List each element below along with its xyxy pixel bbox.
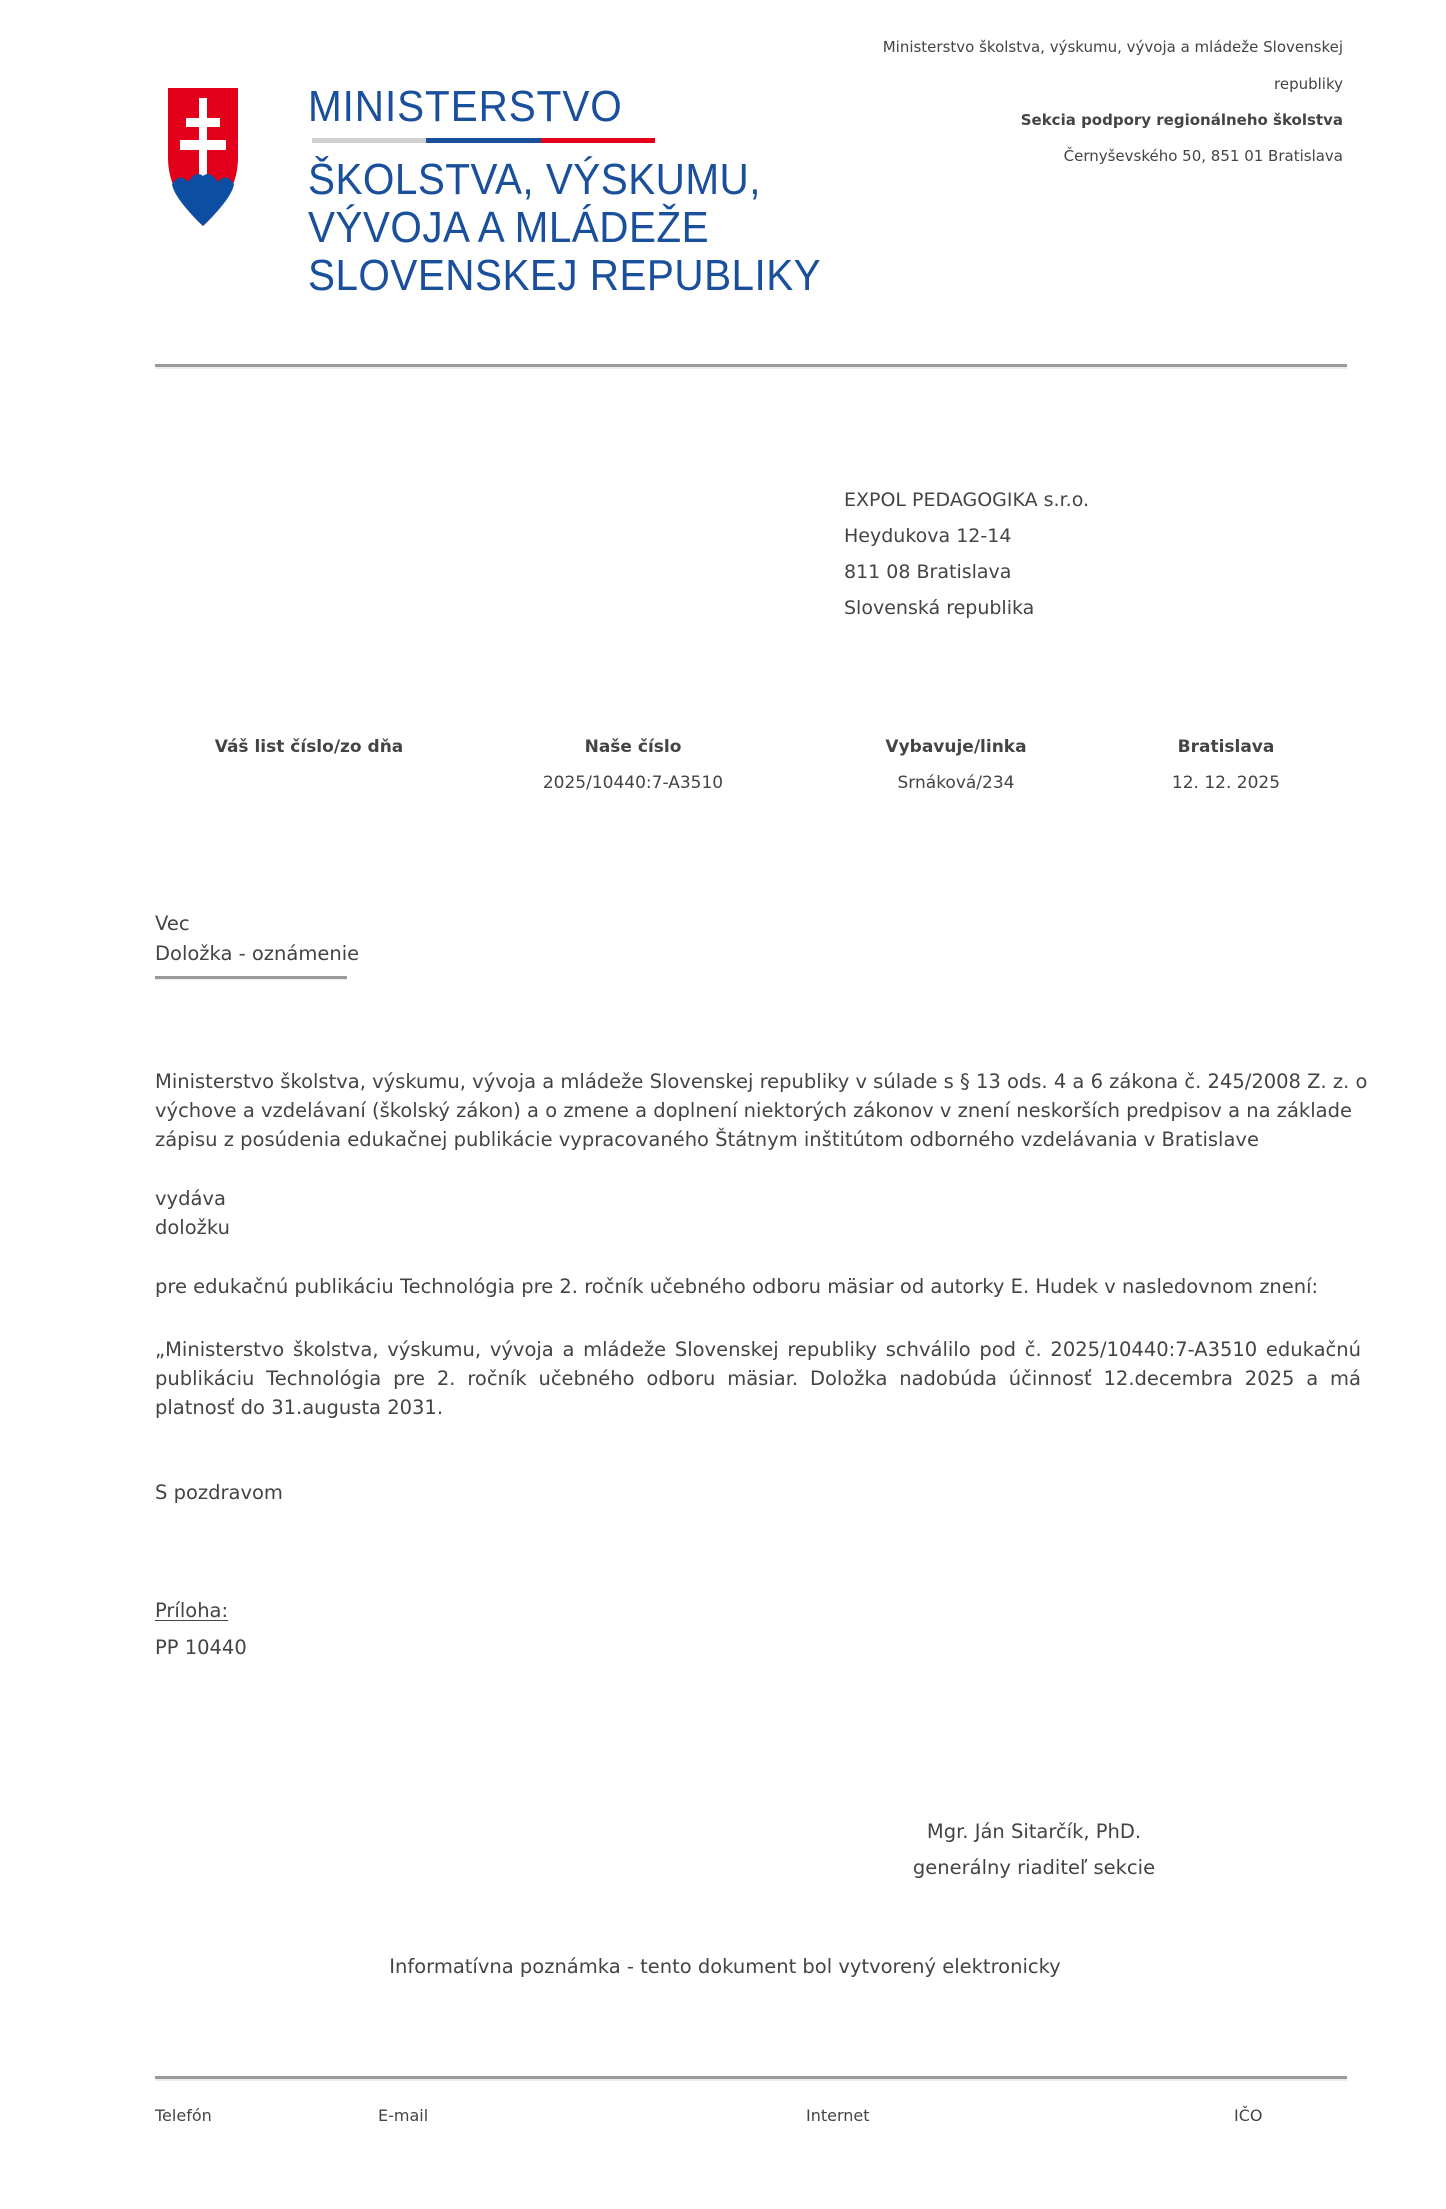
header-divider	[155, 364, 1347, 369]
header-org-line-2: republiky	[1274, 75, 1343, 93]
subject-text: Doložka - oznámenie	[155, 942, 359, 965]
coat-of-arms-icon	[166, 86, 240, 228]
body-publication: pre edukačnú publikáciu Technológia pre …	[155, 1275, 1318, 1298]
body-intro-line-1: Ministerstvo školstva, výskumu, vývoja a…	[155, 1070, 1367, 1093]
recipient-street: Heydukova 12-14	[844, 525, 1011, 547]
footer-email-label: E-mail	[378, 2106, 428, 2125]
attachment-label: Príloha:	[155, 1599, 228, 1622]
logo-tricolor-bar	[312, 138, 655, 143]
logo-line-3: VÝVOJA A MLÁDEŽE	[308, 203, 709, 253]
body-quote: „Ministerstvo školstva, výskumu, vývoja …	[155, 1335, 1361, 1422]
header-org-line-1: Ministerstvo školstva, výskumu, vývoja a…	[883, 38, 1343, 56]
signature-name: Mgr. Ján Sitarčík, PhD.	[927, 1820, 1141, 1843]
recipient-country: Slovenská republika	[844, 597, 1034, 619]
recipient-city: 811 08 Bratislava	[844, 561, 1011, 583]
footer-divider	[155, 2076, 1347, 2081]
footer-internet-label: Internet	[806, 2106, 870, 2125]
ref-header-place: Bratislava	[1178, 737, 1275, 757]
attachment-label-text: Príloha:	[155, 1599, 228, 1622]
logo-line-4: SLOVENSKEJ REPUBLIKY	[308, 251, 821, 301]
greeting: S pozdravom	[155, 1481, 283, 1504]
footer-phone-label: Telefón	[155, 2106, 212, 2125]
body-clause: doložku	[155, 1216, 230, 1239]
attachment-value: PP 10440	[155, 1636, 247, 1659]
header-address: Černyševského 50, 851 01 Bratislava	[1064, 147, 1343, 165]
logo-title: MINISTERSTVO	[308, 82, 623, 132]
footer-ico-label: IČO	[1234, 2106, 1262, 2125]
ref-header-our-number: Naše číslo	[585, 737, 682, 757]
signature-title: generálny riaditeľ sekcie	[913, 1856, 1155, 1879]
header-section: Sekcia podpory regionálneho školstva	[1021, 111, 1343, 129]
ref-header-handled-by: Vybavuje/linka	[885, 737, 1026, 757]
ref-header-your-letter: Váš list číslo/zo dňa	[215, 737, 404, 757]
ref-value-handled-by: Srnáková/234	[898, 773, 1015, 793]
subject-label: Vec	[155, 912, 190, 935]
logo-line-2: ŠKOLSTVA, VÝSKUMU,	[308, 155, 761, 205]
body-issues: vydáva	[155, 1187, 226, 1210]
ref-value-date: 12. 12. 2025	[1172, 773, 1280, 793]
recipient-name: EXPOL PEDAGOGIKA s.r.o.	[844, 489, 1089, 511]
body-intro-line-3: zápisu z posúdenia edukačnej publikácie …	[155, 1128, 1259, 1151]
subject-divider	[155, 976, 347, 980]
electronic-document-note: Informatívna poznámka - tento dokument b…	[389, 1955, 1060, 1978]
ref-value-our-number: 2025/10440:7-A3510	[543, 773, 723, 793]
body-intro-line-2: výchove a vzdelávaní (školský zákon) a o…	[155, 1099, 1352, 1122]
